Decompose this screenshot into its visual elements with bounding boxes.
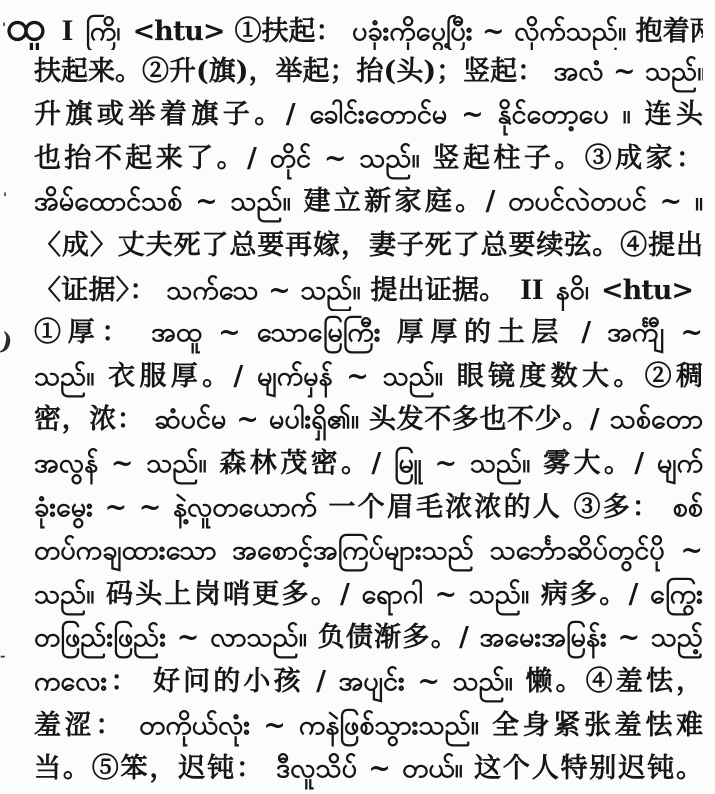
line-text: ①扶起： ပခုံးကိုပွေ့ပြီး ~ လိုက်သည်။ 抱着两肩 [235,10,703,50]
scan-artifact: ' [2,22,6,35]
text-line: တပ်ကချထားသော အစောင့်အကြပ်များသည် သင်္ဘော… [34,529,703,573]
entry-headline: ထူ I ကြိ၊ <htu> ①扶起： ပခုံးကိုပွေ့ပြီး ~ … [6,6,703,50]
text-line: 也抬不起来了。/ တိုင် ~ သည်။ 竖起柱子。③成家： [34,137,703,181]
text-line: 升旗或举着旗子。/ ခေါင်းတောင်မ ~ နိုင်တော့ပေ ။ 连… [34,93,703,137]
pronunciation-1: <htu> [133,10,225,50]
text-line: ①厚： အထူ ~ သောမြေကြီး 厚厚的土层 / အင်္ကျီ ~ [34,311,703,355]
text-line: အိမ်ထောင်သစ် ~ သည်။ 建立新家庭。/ တပင်လဲတပင် ~… [34,180,703,224]
text-line: သည်။ 码头上岗哨更多。/ ရောဂါ ~ သည်။ 病多。/ ကြွေး [34,573,703,617]
text-line: 羞涩： တကိုယ်လုံး ~ ကနဲဖြစ်သွားသည်။ 全身紧张羞怯难 [34,704,703,748]
pronunciation-2: <htu> [601,269,693,312]
scan-artifact: - [0,650,5,663]
text-line: သည်။ 衣服厚。/ မျက်မှန် ~ သည်။ 眼镜度数大。②稠 [34,355,703,399]
text-line: အလွန် ~ သည်။ 森林茂密。/ မြူ ~ သည်။ 雾大。/ မျက် [34,442,703,486]
line-text: 〈证据〉： သက်သေ ~ သည်။ 提出证据。 [34,269,506,312]
text-line: ကလေး： 好问的小孩 / အပျင်း ~ သည်။ 懒。④羞怯， [34,660,703,704]
scan-artifact: ) [0,329,15,355]
pos-label-2: နဝိ၊ [556,269,589,312]
text-line: 〈成〉丈夫死了总要再嫁，妻子死了总要续弦。④提出 [34,224,703,268]
text-line: 当。⑤笨，迟钝： ဒီလူသိပ် ~ တယ်။ 这个人特别迟钝。 [34,747,703,791]
dictionary-page: ' ' ) - ထူ I ကြိ၊ <htu> ①扶起： ပခုံးကိုပွေ… [0,0,715,794]
text-line: 扶起来。②升(旗)，举起；抬(头)；竖起： အလံ ~ သည်။ [34,50,703,94]
text-line: တဖြည်းဖြည်း ~ လာသည်။ 负债渐多。/ အမေးအမြန်း ~… [34,616,703,660]
pos-label-1: ကြိ၊ [85,10,120,50]
headword: ထူ [6,6,46,47]
text-line: 密，浓： ဆံပင်မ ~ မပါးရှိ၏။ 头发不多也不少。/ သစ်တော [34,398,703,442]
homonym-numeral-2: II [520,268,543,312]
text-line: ခုံးမွေး ~ ~ နဲ့လူတယောက် 一个眉毛浓浓的人 ③多： စစ… [34,486,703,530]
scan-artifact: ' [3,192,7,205]
text-line-homonym-2: 〈证据〉： သက်သေ ~ သည်။ 提出证据。 II နဝိ၊ <htu> [34,268,703,312]
homonym-numeral-1: I [62,9,74,50]
